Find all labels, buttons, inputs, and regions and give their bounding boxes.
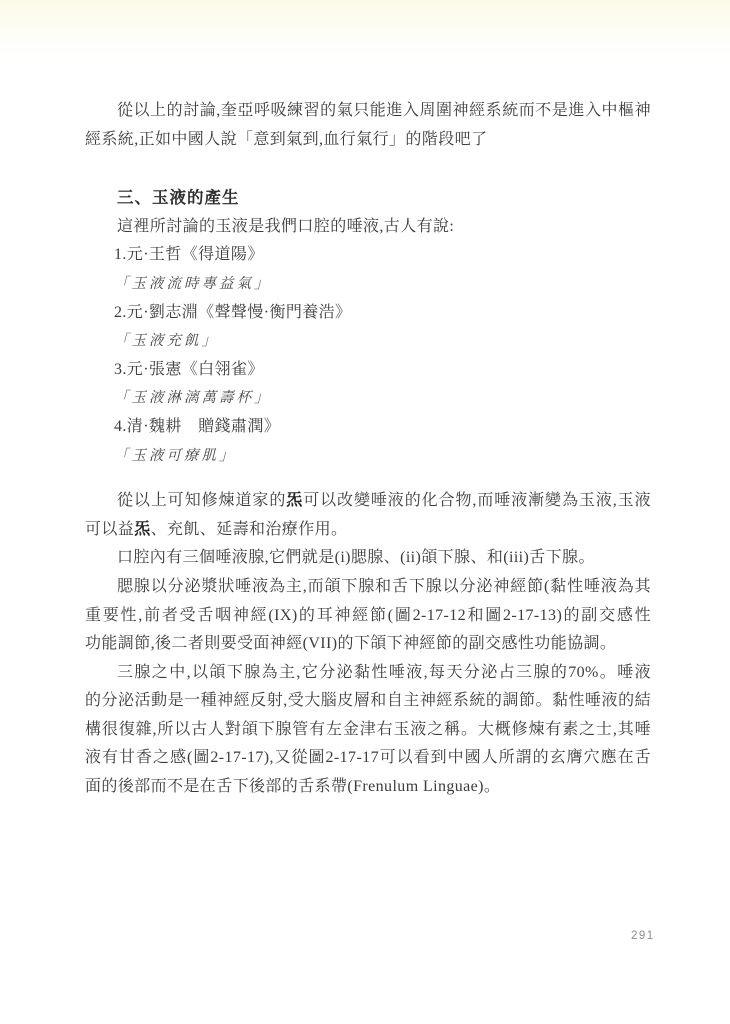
paragraph-line: 經系統,正如中國人說「意到氣到,血行氣行」的階段吧了	[85, 126, 651, 155]
paragraph-line: 三腺之中,以頜下腺為主,它分泌黏性唾液,每天分泌占三腺的70%。唾液	[85, 659, 651, 688]
citation-quote: 「玉液流時專益氣」	[85, 270, 651, 299]
paragraph-line: 的分泌活動是一種神經反射,受大腦皮層和自主神經系統的調節。黏性唾液的結	[85, 687, 651, 716]
text-run: 可以益	[85, 521, 134, 538]
paragraph-line: 可以益炁、充飢、延壽和治療作用。	[85, 516, 651, 545]
paragraph-line: 從以上可知修煉道家的炁可以改變唾液的化合物,而唾液漸變為玉液,玉液	[85, 487, 651, 516]
citation-quote: 「玉液充飢」	[85, 327, 651, 356]
citation-quote: 「玉液可療肌」	[85, 442, 651, 471]
paragraph-line: 構很復雜,所以古人對頜下腺管有左金津右玉液之稱。大概修煉有素之士,其唾	[85, 716, 651, 745]
bold-qi-character: 炁	[134, 521, 150, 538]
paragraph-line: 這裡所討論的玉液是我們口腔的唾液,古人有說:	[85, 213, 651, 242]
section-heading: 三、玉液的產生	[85, 184, 651, 213]
paragraph-line: 腮腺以分泌漿狀唾液為主,而頜下腺和舌下腺以分泌神經節(黏性唾液為其	[85, 573, 651, 602]
text-run: 從以上可知修煉道家的	[117, 492, 286, 509]
text-run: 可以改變唾液的化合物,而唾液漸變為玉液,玉液	[303, 492, 651, 509]
citation-source: 2.元·劉志淵《聲聲慢·衡門養浩》	[85, 299, 651, 328]
bold-qi-character: 炁	[286, 492, 303, 509]
text-run: 、充飢、延壽和治療作用。	[151, 521, 348, 538]
paragraph-line: 口腔內有三個唾液腺,它們就是(i)腮腺、(ii)頜下腺、和(iii)舌下腺。	[85, 544, 651, 573]
paragraph-line: 面的後部而不是在舌下後部的舌系帶(Frenulum Linguae)。	[85, 773, 651, 802]
citation-source: 4.清·魏耕 贈錢肅潤》	[85, 413, 651, 442]
citation-source: 1.元·王哲《得道陽》	[85, 241, 651, 270]
paragraph-line: 液有甘香之感(圖2-17-17),又從圖2-17-17可以看到中國人所謂的玄膺穴…	[85, 744, 651, 773]
book-page: 從以上的討論,奎亞呼吸練習的氣只能進入周圍神經系統而不是進入中樞神 經系統,正如…	[0, 0, 730, 1024]
paragraph-line: 功能調節,後二者則要受面神經(VII)的下頜下神經節的副交感性功能協調。	[85, 630, 651, 659]
citation-quote: 「玉液淋漓萬壽杯」	[85, 384, 651, 413]
page-number: 291	[631, 930, 655, 942]
paragraph-line: 從以上的討論,奎亞呼吸練習的氣只能進入周圍神經系統而不是進入中樞神	[85, 97, 651, 126]
citation-source: 3.元·張憲《白翎雀》	[85, 356, 651, 385]
text-column: 從以上的討論,奎亞呼吸練習的氣只能進入周圍神經系統而不是進入中樞神 經系統,正如…	[85, 97, 651, 802]
paragraph-line: 重要性,前者受舌咽神經(IX)的耳神經節(圖2-17-12和圖2-17-13)的…	[85, 602, 651, 631]
